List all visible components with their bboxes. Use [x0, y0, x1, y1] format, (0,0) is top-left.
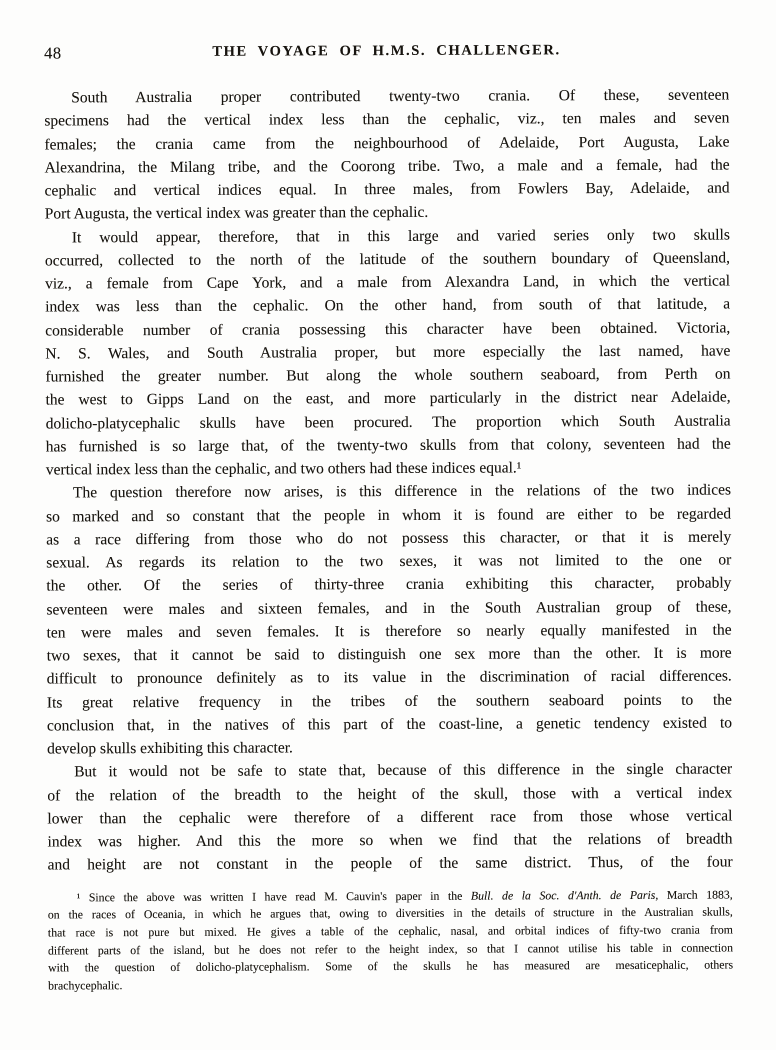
body-line: so marked and so constant that the peopl… [46, 502, 731, 528]
body-line: furnished the greater number. But along … [45, 363, 730, 389]
paragraph-1: South Australia proper contributed twent… [44, 84, 730, 226]
page-number: 48 [44, 43, 62, 63]
body-line: viz., a female from Cape York, and a mal… [45, 270, 730, 296]
body-line: index was less than the cephalic. On the… [45, 293, 730, 319]
paragraph-2: It would appear, therefore, that in this… [45, 223, 731, 482]
book-page: 48 THE VOYAGE OF H.M.S. CHALLENGER. Sout… [0, 0, 776, 995]
body-line: Its great relative frequency in the trib… [47, 688, 732, 714]
body-line: females; the crania came from the neighb… [44, 130, 729, 156]
body-line: seventeen were males and sixteen females… [46, 595, 731, 621]
body-text: South Australia proper contributed twent… [44, 84, 732, 877]
body-line: lower than the cephalic were therefore o… [47, 804, 732, 830]
body-line: Alexandrina, the Milang tribe, and the C… [45, 153, 730, 179]
body-line: conclusion that, in the natives of this … [47, 711, 732, 737]
page-header: 48 THE VOYAGE OF H.M.S. CHALLENGER. [44, 41, 729, 64]
body-line: as a race differing from those who do no… [46, 525, 731, 551]
body-line: Port Augusta, the vertical index was gre… [45, 200, 730, 226]
footnote-text-post: , March 1883, [655, 887, 732, 901]
running-title: THE VOYAGE OF H.M.S. CHALLENGER. [44, 41, 729, 62]
body-line: sexual. As regards its relation to the t… [46, 549, 731, 575]
body-line: The question therefore now arises, is th… [46, 479, 731, 505]
footnote-citation-italic: Bull. de la Soc. d'Anth. de Paris [471, 887, 656, 902]
body-line: index was higher. And this the more so w… [47, 828, 732, 854]
paragraph-4: But it would not be safe to state that, … [47, 758, 733, 877]
body-line: and height are not constant in the peopl… [48, 851, 733, 877]
body-line: vertical index less than the cephalic, a… [46, 456, 731, 482]
body-line: specimens had the vertical index less th… [44, 107, 729, 133]
footnote-text-pre: ¹ Since the above was written I have rea… [77, 888, 471, 904]
body-line: occurred, collected to the north of the … [45, 246, 730, 272]
footnote-line: with the question of dolicho-platycephal… [48, 957, 733, 978]
body-line: South Australia proper contributed twent… [44, 84, 729, 110]
body-line: But it would not be safe to state that, … [47, 758, 732, 784]
body-line: It would appear, therefore, that in this… [45, 223, 730, 249]
body-line: develop skulls exhibiting this character… [47, 735, 732, 761]
footnote: ¹ Since the above was written I have rea… [48, 886, 733, 995]
body-line: cephalic and vertical indices equal. In … [45, 177, 730, 203]
body-line: considerable number of crania possessing… [45, 316, 730, 342]
body-line: has furnished is so large that, of the t… [46, 432, 731, 458]
body-line: the west to Gipps Land on the east, and … [46, 386, 731, 412]
body-line: ten were males and seven females. It is … [47, 618, 732, 644]
body-line: of the relation of the breadth to the he… [47, 781, 732, 807]
body-line: dolicho-platycephalic skulls have been p… [46, 409, 731, 435]
body-line: difficult to pronounce definitely as to … [47, 665, 732, 691]
body-line: N. S. Wales, and South Australia proper,… [45, 339, 730, 365]
paragraph-3: The question therefore now arises, is th… [46, 479, 732, 761]
footnote-line: brachycephalic. [48, 975, 733, 996]
body-line: two sexes, that it cannot be said to dis… [47, 642, 732, 668]
body-line: the other. Of the series of thirty-three… [46, 572, 731, 598]
